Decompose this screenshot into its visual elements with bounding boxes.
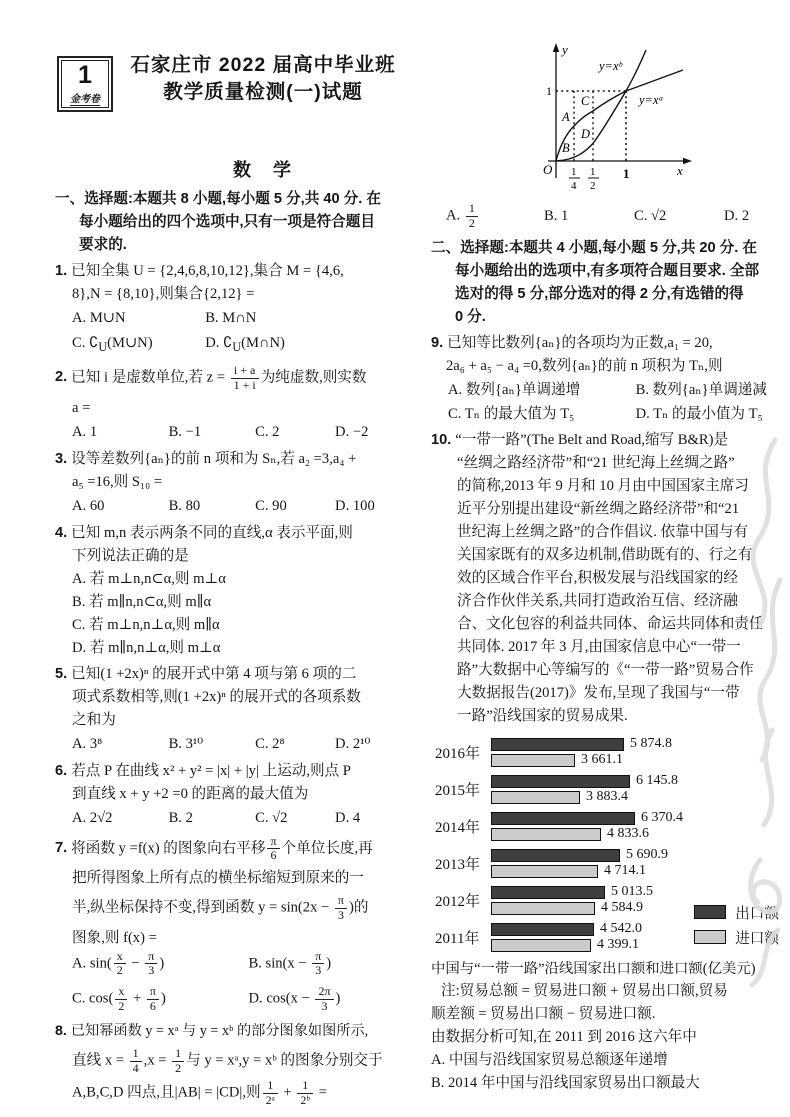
chart-legend: 出口额 进口额 — [694, 898, 779, 952]
left-column: 1 金考卷 石家庄市 2022 届高中毕业班 教学质量检测(一)试题 数 学 一… — [55, 52, 405, 1112]
options-row: A. 60 B. 80 C. 90 D. 100 — [55, 494, 405, 519]
fraction: i + a1 + i — [231, 364, 259, 393]
brand-name: 金考卷 — [70, 90, 100, 106]
section2-header: 二、选择题:本题共 4 小题,每小题 5 分,共 20 分. 在 每小题给出的选… — [431, 237, 783, 329]
question-text: 半,纵坐标保持不变,得到函数 y = sin(2x − π3)的 — [55, 894, 405, 923]
question-text: 8},N = {8,10},则集合{2,12} = — [55, 283, 405, 306]
section2-line2: 每小题给出的选项中,有多项符合题目要求. 全部 — [431, 260, 783, 283]
option-d: D. 100 — [335, 494, 405, 519]
legend-import-label: 进口额 — [735, 927, 779, 948]
question-text: A,B,C,D 四点,且|AB| = |CD|,则12ᵃ + 12ᵇ = — [55, 1079, 405, 1108]
import-swatch — [694, 930, 726, 944]
chart-year-label: 2012年 — [431, 890, 491, 911]
paper-title-line2: 教学质量检测(一)试题 — [121, 79, 405, 106]
chart-bar-pair: 6 370.44 833.6 — [491, 810, 783, 843]
y-tick-1: 1 — [546, 84, 552, 98]
option-a: A. sin(x2 − π3) — [72, 950, 248, 979]
options-row: C. Tₙ 的最大值为 T₅ D. Tₙ 的最小值为 T₅ — [431, 402, 783, 426]
bar-value-label: 3 661.1 — [581, 752, 623, 768]
question-number: 6. — [55, 763, 67, 779]
issue-badge-inner: 1 金考卷 — [61, 60, 109, 108]
option-b: B. 1 — [544, 208, 634, 225]
note-line1: 注:贸易总额 = 贸易进口额 + 贸易出口额,贸易 — [431, 980, 783, 1003]
option-a: A. 数列{aₙ}单调递增 — [448, 378, 636, 402]
import-bar — [491, 828, 601, 841]
option-b: B. 2014 年中国与沿线国家贸易出口额最大 — [431, 1072, 783, 1095]
question-text: 的简称,2013 年 9 月和 10 月由中国国家主席习 — [431, 475, 783, 498]
fraction: π3 — [335, 894, 347, 923]
option-a: A. 若 m⊥n,n⊂α,则 m⊥α — [55, 568, 405, 591]
question-text: “丝绸之路经济带”和“21 世纪海上丝绸之路” — [431, 452, 783, 475]
option-b: B. 2 — [169, 806, 256, 831]
x-axis-label: x — [676, 163, 683, 178]
question-number: 7. — [55, 840, 67, 856]
options-row: C. ∁U(M∪N) D. ∁U(M∩N) — [55, 331, 405, 360]
options-row: C. cos(x2 + π6) D. cos(x − 2π3) — [55, 985, 405, 1014]
option-d: D. 2 — [724, 208, 749, 225]
question-text: 世纪海上丝绸之路”的合作倡议. 依靠中国与有 — [431, 521, 783, 544]
option-d: D. cos(x − 2π3) — [248, 985, 405, 1014]
import-bar — [491, 902, 595, 915]
chart-year-group: 2016年5 874.83 661.1 — [431, 736, 783, 769]
question-text: 项式系数相等,则(1 +2x)ⁿ 的展开式的各项系数 — [55, 686, 405, 709]
x-tick-1: 1 — [623, 166, 630, 181]
curve-b-label: y=xᵇ — [597, 59, 624, 73]
question-text: 已知等比数列{aₙ}的各项均为正数,a₁ = 20, — [447, 335, 713, 351]
section2-line3: 选对的得 5 分,部分选对的得 2 分,有选错的得 — [431, 283, 783, 306]
question-text: a = — [55, 397, 405, 420]
point-a-label: A — [561, 110, 570, 124]
section2-line4: 0 分. — [431, 306, 783, 329]
point-c-label: C — [581, 94, 590, 108]
fraction: 12ᵇ — [297, 1079, 313, 1108]
question-text: 图象,则 f(x) = — [55, 927, 405, 950]
option-d: D. −2 — [335, 420, 405, 445]
question-8: 8.已知幂函数 y = xᵃ 与 y = xᵇ 的部分图象如图所示, 直线 x … — [55, 1020, 405, 1108]
question-6: 6.若点 P 在曲线 x² + y² = |x| + |y| 上运动,则点 P … — [55, 760, 405, 831]
y-axis-label: y — [560, 42, 568, 57]
option-c: C. 2 — [255, 420, 335, 445]
tick-quarter-num: 1 — [571, 166, 577, 178]
question-3: 3.设等差数列{aₙ}的前 n 项和为 Sₙ,若 a₂ =3,a₄ + a₅ =… — [55, 448, 405, 519]
fraction: 12 — [172, 1047, 184, 1076]
chart-year-label: 2011年 — [431, 927, 491, 948]
right-column: y x O 1 y=xᵇ y=xᵃ A B C D 1 4 1 2 1 A. 1… — [431, 38, 783, 1095]
question-7: 7.将函数 y =f(x) 的图象向右平移π6个单位长度,再 把所得图象上所有点… — [55, 835, 405, 1014]
question-1: 1.已知全集 U = {2,4,6,8,10,12},集合 M = {4,6, … — [55, 260, 405, 360]
import-bar — [491, 791, 580, 804]
options-row: A. M∪N B. M∩N — [55, 306, 405, 331]
import-bar — [491, 754, 575, 767]
question-number: 10. — [431, 432, 451, 448]
paper-title-line1: 石家庄市 2022 届高中毕业班 — [121, 52, 405, 79]
chart-caption: 中国与“一带一路”沿线国家出口额和进口额(亿美元) — [431, 958, 783, 980]
bar-value-label: 6 145.8 — [636, 773, 678, 789]
export-bar — [491, 886, 605, 899]
chart-year-label: 2015年 — [431, 779, 491, 800]
option-c: C. Tₙ 的最大值为 T₅ — [448, 402, 636, 426]
option-b: B. sin(x − π3) — [248, 950, 405, 979]
section1-line2: 每小题给出的四个选项中,只有一项是符合题目 — [55, 211, 405, 234]
options-row: A. 2√2 B. 2 C. √2 D. 4 — [55, 806, 405, 831]
y-axis-arrow — [553, 43, 559, 52]
question-text: 2a₆ + a₅ − a₄ =0,数列{aₙ}的前 n 项积为 Tₙ,则 — [431, 355, 783, 378]
bar-value-label: 4 542.0 — [600, 921, 642, 937]
tick-half-num: 1 — [590, 166, 596, 178]
question-number: 3. — [55, 451, 67, 467]
question-text: 济合作伙伴关系,共同打造政治互信、经济融 — [431, 590, 783, 613]
question-text: a₅ =16,则 S₁₀ = — [55, 471, 405, 494]
question-text: 直线 x = 14,x = 12与 y = xᵃ,y = xᵇ 的图象分别交于 — [55, 1047, 405, 1076]
chart-year-group: 2013年5 690.94 714.1 — [431, 847, 783, 880]
import-bar — [491, 939, 591, 952]
option-a: A. 2√2 — [72, 806, 169, 831]
question-text: 到直线 x + y +2 =0 的距离的最大值为 — [55, 783, 405, 806]
note-line2: 顺差额 = 贸易出口额 − 贸易进口额. — [431, 1003, 783, 1026]
question-text: 把所得图象上所有点的横坐标缩短到原来的一 — [55, 867, 405, 890]
question-number: 5. — [55, 666, 67, 682]
option-d: D. ∁U(M∩N) — [205, 331, 405, 360]
origin-label: O — [543, 162, 553, 177]
question-text: 之和为 — [55, 709, 405, 732]
question-text: 为纯虚数,则实数 — [261, 369, 367, 385]
option-d: D. 2¹⁰ — [335, 732, 405, 757]
chart-bar-pair: 5 874.83 661.1 — [491, 736, 783, 769]
question-text: 合、文化包容的利益共同体、命运共同体和责任 — [431, 613, 783, 636]
question-number: 4. — [55, 525, 67, 541]
option-d: D. Tₙ 的最小值为 T₅ — [636, 402, 783, 426]
section1-line3: 要求的. — [55, 234, 405, 257]
paper-title: 石家庄市 2022 届高中毕业班 教学质量检测(一)试题 — [121, 52, 405, 106]
question-text: 已知幂函数 y = xᵃ 与 y = xᵇ 的部分图象如图所示, — [71, 1023, 368, 1039]
question-8-options: A. 12 B. 1 C. √2 D. 2 — [431, 202, 783, 231]
bar-value-label: 6 370.4 — [641, 810, 683, 826]
trade-chart-block: 2016年5 874.83 661.12015年6 145.83 883.420… — [431, 736, 783, 954]
option-c: C. 若 m⊥n,n⊥α,则 m∥α — [55, 614, 405, 637]
power-function-figure: y x O 1 y=xᵇ y=xᵃ A B C D 1 4 1 2 1 — [526, 38, 741, 198]
chart-year-label: 2014年 — [431, 816, 491, 837]
options-row: A. 数列{aₙ}单调递增 B. 数列{aₙ}单调递减 — [431, 378, 783, 402]
chart-bar-pair: 5 690.94 714.1 — [491, 847, 783, 880]
paper-header: 1 金考卷 石家庄市 2022 届高中毕业班 教学质量检测(一)试题 — [55, 52, 405, 148]
chart-year-group: 2015年6 145.83 883.4 — [431, 773, 783, 806]
export-bar — [491, 738, 624, 751]
chart-bar-pair: 6 145.83 883.4 — [491, 773, 783, 806]
question-number: 8. — [55, 1023, 67, 1039]
question-text: “一带一路”(The Belt and Road,缩写 B&R)是 — [455, 432, 728, 448]
legend-export-label: 出口额 — [735, 902, 779, 923]
question-5: 5.已知(1 +2x)ⁿ 的展开式中第 4 项与第 6 项的二 项式系数相等,则… — [55, 663, 405, 757]
export-bar — [491, 812, 635, 825]
bar-value-label: 3 883.4 — [586, 789, 628, 805]
option-c: C. 90 — [255, 494, 335, 519]
question-10: 10.“一带一路”(The Belt and Road,缩写 B&R)是 “丝绸… — [431, 429, 783, 728]
bar-value-label: 5 690.9 — [626, 847, 668, 863]
export-bar — [491, 775, 630, 788]
section1-header: 一、选择题:本题共 8 小题,每小题 5 分,共 40 分. 在 每小题给出的四… — [55, 188, 405, 257]
question-text: 关国家既有的双多边机制,借助既有的、行之有 — [431, 544, 783, 567]
options-row: A. sin(x2 − π3) B. sin(x − π3) — [55, 950, 405, 979]
chart-year-group: 2014年6 370.44 833.6 — [431, 810, 783, 843]
option-c: C. 2⁸ — [255, 732, 335, 757]
question-text: 大数据报告(2017)》发布,呈现了我国与“一带 — [431, 682, 783, 705]
question-text: 一路”沿线国家的贸易成果. — [431, 705, 783, 728]
question-9: 9.已知等比数列{aₙ}的各项均为正数,a₁ = 20, 2a₆ + a₅ − … — [431, 332, 783, 426]
option-c: C. ∁U(M∪N) — [72, 331, 205, 360]
option-b: B. 数列{aₙ}单调递减 — [636, 378, 783, 402]
question-text: 已知全集 U = {2,4,6,8,10,12},集合 M = {4,6, — [71, 263, 344, 279]
bar-value-label: 4 584.9 — [601, 900, 643, 916]
chart-year-label: 2013年 — [431, 853, 491, 874]
option-a: A. 60 — [72, 494, 169, 519]
chart-year-label: 2016年 — [431, 742, 491, 763]
section2-line1: 二、选择题:本题共 4 小题,每小题 5 分,共 20 分. 在 — [431, 237, 783, 260]
option-b: B. 80 — [169, 494, 256, 519]
option-b: B. −1 — [169, 420, 256, 445]
curve-x-power-a — [556, 70, 683, 161]
option-a: A. M∪N — [72, 306, 205, 331]
question-4: 4.已知 m,n 表示两条不同的直线,α 表示平面,则 下列说法正确的是 A. … — [55, 522, 405, 660]
issue-number: 1 — [78, 63, 92, 88]
option-b: B. M∩N — [205, 306, 405, 331]
tick-quarter-den: 4 — [571, 180, 577, 192]
x-axis-arrow — [683, 158, 692, 164]
question-text: 设等差数列{aₙ}的前 n 项和为 Sₙ,若 a₂ =3,a₄ + — [71, 451, 356, 467]
bar-value-label: 5 013.5 — [611, 884, 653, 900]
option-b: B. 3¹⁰ — [169, 732, 256, 757]
options-row: A. 1 B. −1 C. 2 D. −2 — [55, 420, 405, 445]
note-line3: 由数据分析可知,在 2011 到 2016 这六年中 — [431, 1026, 783, 1049]
legend-export: 出口额 — [694, 902, 779, 923]
point-b-label: B — [562, 141, 570, 155]
bar-value-label: 4 399.1 — [597, 937, 639, 953]
legend-import: 进口额 — [694, 927, 779, 948]
question-text: 已知 i 是虚数单位,若 z = — [71, 369, 228, 385]
question-2: 2.已知 i 是虚数单位,若 z = i + a1 + i为纯虚数,则实数 a … — [55, 364, 405, 445]
option-d: D. 4 — [335, 806, 405, 831]
question-text: 效的区域合作平台,积极发展与沿线国家的经 — [431, 567, 783, 590]
question-text: 已知 m,n 表示两条不同的直线,α 表示平面,则 — [71, 525, 353, 541]
export-bar — [491, 849, 620, 862]
bar-value-label: 5 874.8 — [630, 736, 672, 752]
question-text: 个单位长度,再 — [282, 840, 373, 856]
fraction: 12ᵃ — [263, 1079, 278, 1108]
issue-badge: 1 金考卷 — [57, 56, 113, 112]
question-text: 将函数 y =f(x) 的图象向右平移 — [71, 840, 265, 856]
option-a: A. 中国与沿线国家贸易总额逐年递增 — [431, 1049, 783, 1072]
bar-value-label: 4 714.1 — [604, 863, 646, 879]
option-a: A. 1 — [72, 420, 169, 445]
option-c: C. √2 — [255, 806, 335, 831]
options-row: A. 3⁸ B. 3¹⁰ C. 2⁸ D. 2¹⁰ — [55, 732, 405, 757]
export-bar — [491, 923, 594, 936]
fraction: 14 — [130, 1047, 142, 1076]
option-a: A. 12 — [446, 202, 544, 231]
import-bar — [491, 865, 598, 878]
point-d-label: D — [580, 127, 590, 141]
subject-title: 数 学 — [121, 156, 405, 182]
option-c: C. cos(x2 + π6) — [72, 985, 248, 1014]
section1-line1: 一、选择题:本题共 8 小题,每小题 5 分,共 40 分. 在 — [55, 188, 405, 211]
option-a: A. 3⁸ — [72, 732, 169, 757]
question-number: 1. — [55, 263, 67, 279]
bar-value-label: 4 833.6 — [607, 826, 649, 842]
fraction: π6 — [267, 835, 279, 864]
export-swatch — [694, 905, 726, 919]
curve-a-label: y=xᵃ — [637, 93, 664, 107]
tick-half-den: 2 — [590, 180, 596, 192]
option-c: C. √2 — [634, 208, 724, 225]
question-text: 下列说法正确的是 — [55, 545, 405, 568]
question-text: 共同体. 2017 年 3 月,由国家信息中心“一带一 — [431, 636, 783, 659]
exam-paper-page: 1 金考卷 石家庄市 2022 届高中毕业班 教学质量检测(一)试题 数 学 一… — [0, 0, 790, 1117]
question-text: 近平分别提出建设“新丝绸之路经济带”和“21 — [431, 498, 783, 521]
question-text: 路”大数据中心等编写的《“一带一路”贸易合作 — [431, 659, 783, 682]
option-d: D. 若 m∥n,n⊥α,则 m⊥α — [55, 637, 405, 660]
question-text: 已知(1 +2x)ⁿ 的展开式中第 4 项与第 6 项的二 — [71, 666, 356, 682]
question-text: 若点 P 在曲线 x² + y² = |x| + |y| 上运动,则点 P — [71, 763, 351, 779]
analysis-notes: 注:贸易总额 = 贸易进口额 + 贸易出口额,贸易 顺差额 = 贸易出口额 − … — [431, 980, 783, 1095]
question-number: 2. — [55, 369, 67, 385]
option-b: B. 若 m∥n,n⊂α,则 m∥α — [55, 591, 405, 614]
question-number: 9. — [431, 335, 443, 351]
